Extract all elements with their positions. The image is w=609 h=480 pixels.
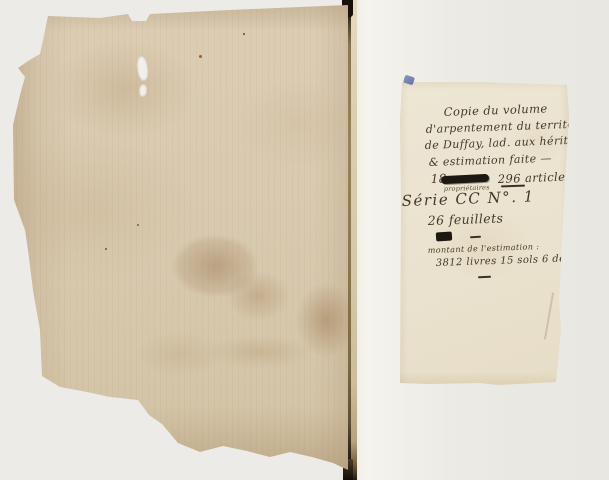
ink-speck: [137, 224, 139, 226]
ink-blot: [436, 231, 453, 241]
rust-speck: [199, 55, 202, 58]
scanned-register-opening: Copie du volume d'arpentement du territo…: [0, 0, 609, 480]
torn-flyleaf-texture: [10, 4, 350, 476]
ink-speck: [105, 248, 107, 250]
archival-note: Copie du volume d'arpentement du territo…: [398, 80, 572, 386]
note-new-count: 296 articles: [498, 169, 572, 186]
note-sheets-line: 26 feuillets: [427, 210, 503, 228]
ink-speck: [243, 33, 245, 35]
torn-flyleaf: [10, 4, 350, 476]
page-edge-strip: [351, 0, 357, 480]
